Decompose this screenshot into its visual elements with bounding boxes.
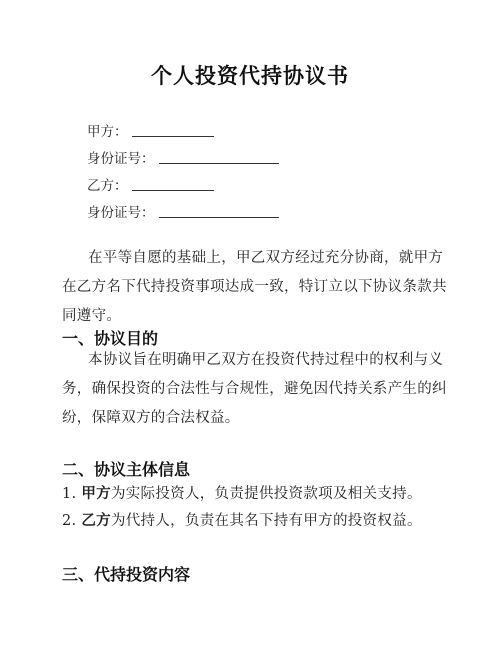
item-number: 2.: [62, 513, 81, 529]
party-a-id-label: 身份证号：: [87, 147, 155, 167]
item-text: 为实际投资人，负责提供投资款项及相关支持。: [111, 486, 422, 502]
party-b-field: 乙方：: [87, 174, 214, 194]
party-a-blank-line: [132, 135, 214, 137]
party-a-id-field: 身份证号：: [87, 147, 279, 167]
party-a-label: 甲方：: [87, 120, 128, 140]
party-b-id-blank-line: [159, 216, 279, 218]
item-party-bold: 甲方: [81, 486, 111, 502]
party-b-label: 乙方：: [87, 174, 128, 194]
section-3-heading: 三、代持投资内容: [62, 562, 190, 585]
party-a-id-blank-line: [159, 162, 279, 164]
section-2-item-2: 2. 乙方为代持人，负责在其名下持有甲方的投资权益。: [62, 507, 450, 536]
party-a-field: 甲方：: [87, 120, 214, 140]
item-text: 为代持人，负责在其名下持有甲方的投资权益。: [111, 513, 422, 529]
section-2-heading: 二、协议主体信息: [62, 457, 190, 480]
document-title: 个人投资代持协议书: [0, 60, 500, 90]
intro-text: 在平等自愿的基础上，甲乙双方经过充分协商，就甲方在乙方名下代持投资事项达成一致，…: [62, 250, 447, 324]
party-b-id-label: 身份证号：: [87, 201, 155, 221]
section-1-paragraph: 本协议旨在明确甲乙双方在投资代持过程中的权利与义务，确保投资的合法性与合规性，避…: [62, 346, 450, 433]
section-1-text: 本协议旨在明确甲乙双方在投资代持过程中的权利与义务，确保投资的合法性与合规性，避…: [62, 352, 447, 426]
item-party-bold: 乙方: [81, 513, 111, 529]
party-b-id-field: 身份证号：: [87, 201, 279, 221]
intro-paragraph: 在平等自愿的基础上，甲乙双方经过充分协商，就甲方在乙方名下代持投资事项达成一致，…: [62, 244, 450, 331]
item-number: 1.: [62, 486, 81, 502]
section-2-item-1: 1. 甲方为实际投资人，负责提供投资款项及相关支持。: [62, 480, 450, 509]
party-b-blank-line: [132, 189, 214, 191]
